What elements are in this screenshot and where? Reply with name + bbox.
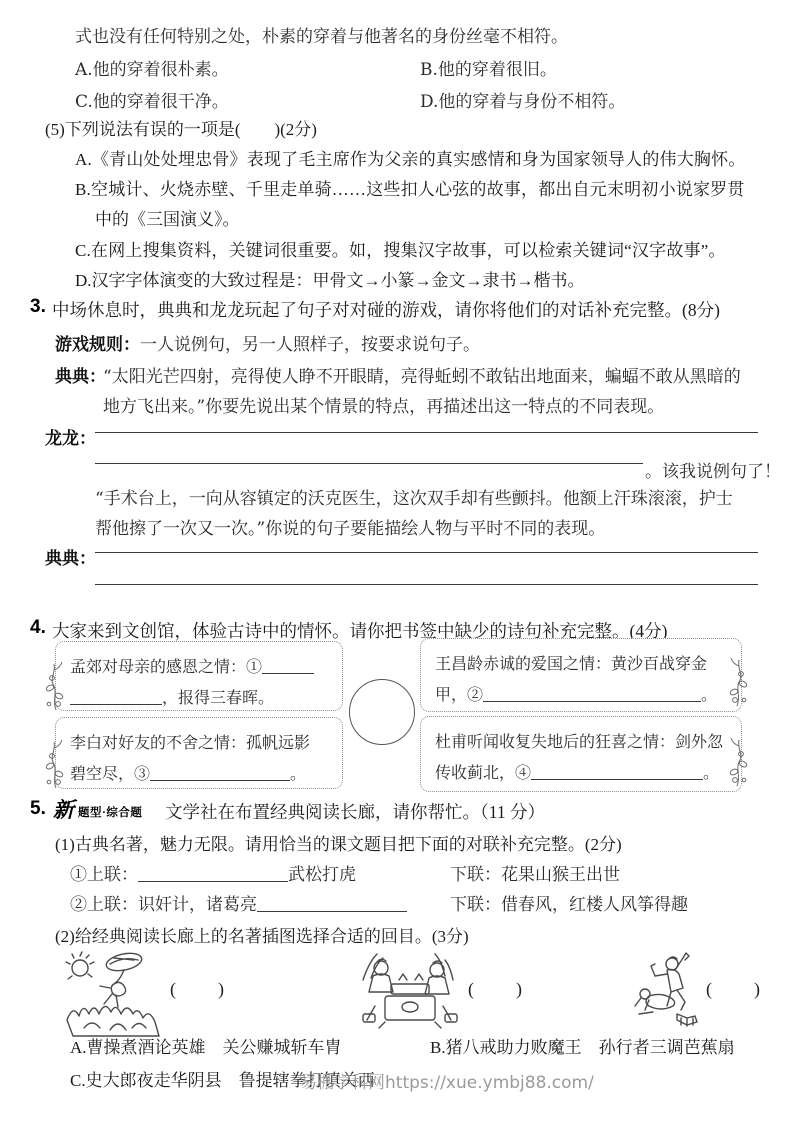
answer-slot-2[interactable]: ( ) [468,975,524,1001]
q4-card-mengjiao: 孟郊对母亲的感恩之情：① ，报得三春晖。 [55,641,343,711]
mc-option-b: B.他的穿着很旧。 [420,55,557,80]
answer-slot-3[interactable]: ( ) [706,975,762,1001]
q4-card-libai: 李白对好友的不舍之情：孤帆远影 碧空尽，③。 [55,717,343,789]
q4-number: 4. [30,617,46,639]
q5-stem: 文学社在布置经典阅读长廊，请你帮忙。（11 分） [165,799,545,824]
q5-sub1-stem: (1)古典名著，魅力无限。请用恰当的课文题目把下面的对联补充完整。(2分) [55,830,622,855]
sub5-option-b-line2: 中的《三国演义》。 [95,205,240,230]
q4-blank-1b[interactable] [70,689,162,705]
q5-couplet1-second-line: 下联：花果山猴王出世 [450,860,620,885]
q4-card-wangchangling: 王昌龄赤诚的爱国之情：黄沙百战穿金 甲，②。 [420,638,742,712]
q3-number: 3. [30,296,46,318]
answer-slot-1[interactable]: ( ) [170,975,226,1001]
q3-rule-text: 一人说例句，另一人照样子，按要求说句子。 [140,335,480,355]
q5-number: 5. [30,798,46,820]
q3-quote2-line1: “手术台上，一向从容镇定的沃克医生，这次双手却有些颤抖。他额上汗珠滚滚，护士 [95,484,733,509]
q5-couplet1-title: 武松打虎 [288,865,356,885]
q3-diandian2-label: 典典： [45,544,96,569]
illustration-wine-talk-icon [355,950,465,1032]
sub5-stem: (5)下列说法有误的一项是( )(2分) [45,115,317,140]
sub5-option-c: C.在网上搜集资料，关键词很重要。如，搜集汉字故事，可以检索关键词“汉字故事”。 [75,236,726,261]
q3-answer-blank-2[interactable] [95,463,643,464]
q4-blank-2[interactable] [483,686,701,702]
q5-type-tag: 题型·综合题 [78,804,142,820]
q3-quote2-line2: 帮他擦了一次又一次。”你说的句子要能描绘人物与平时不同的表现。 [95,514,605,539]
illustration-fist-fight-icon [625,948,710,1036]
q5-couplet1-prefix: ①上联： [70,865,138,885]
q3-stem: 中场休息时，典典和龙龙玩起了句子对对碰的游戏，请你将他们的对话补充完整。(8分) [52,297,720,322]
site-watermark: 易棚学科网https://xue.ymbj88.com/ [300,1068,594,1093]
q3-answer-blank-4[interactable] [95,584,758,585]
q3-answer-blank-1[interactable] [95,432,758,433]
mc-option-c: C.他的穿着很干净。 [75,87,229,112]
q4-card-dufu: 杜甫听闻收复失地后的狂喜之情：剑外忽 传收蓟北，④。 [420,716,742,792]
q5-couplet1-blank[interactable] [138,866,288,882]
mc-option-d: D.他的穿着与身份不相符。 [420,87,625,112]
q3-diandian-label: 典典： [55,362,106,387]
q5-new-badge: 新 [53,794,74,824]
q3-answer-blank-3[interactable] [95,552,758,553]
q5-couplet2-prefix: ②上联：识奸计，诸葛亮 [70,895,257,915]
q3-diandian-quote-line2: 地方飞出来。”你要先说出某个情景的特点，再描述出这一特点的不同表现。 [103,392,664,417]
vine-ornament-icon [727,656,749,708]
q3-rule-label: 游戏规则： [55,335,140,354]
q5-couplet2-second-line: 下联：借春风，红楼人风筝得趣 [450,890,688,915]
vine-ornament-icon [44,738,66,790]
sub5-option-d: D.汉字字体演变的大致过程是：甲骨文→小篆→金文→隶书→楷书。 [75,266,585,291]
vine-ornament-icon [44,660,66,712]
q4-circle-decoration [349,679,415,745]
q3-diandian-quote-line1: “太阳光芒四射，亮得使人睁不开眼睛，亮得蚯蚓不敢钻出地面来，蝙蝠不敢从黑暗的 [103,362,741,387]
test-paper-page: 式也没有任何特别之处，朴素的穿着与他著名的身份丝毫不相符。 A.他的穿着很朴素。… [0,0,793,1122]
q5-sub2-stem: (2)给经典阅读长廊上的名著插图选择合适的回目。(3分) [55,922,469,947]
vine-ornament-icon [727,736,749,788]
sub5-option-b-line1: B.空城计、火烧赤壁、千里走单骑……这些扣人心弦的故事，都出自元末明初小说家罗贯 [75,175,745,200]
q5-answer-b: B.猪八戒助力败魔王 孙行者三调芭蕉扇 [430,1033,735,1058]
q3-longlong-label: 龙龙： [45,424,96,449]
q5-couplet2-blank[interactable] [257,896,407,912]
sub5-option-a: A.《青山处处埋忠骨》表现了毛主席作为父亲的真实感情和身为国家领导人的伟大胸怀。 [75,145,746,170]
passage-tail-line: 式也没有任何特别之处，朴素的穿着与他著名的身份丝毫不相符。 [75,22,568,47]
mc-option-a: A.他的穿着很朴素。 [75,55,229,80]
q4-blank-4[interactable] [531,764,703,780]
q4-blank-1a[interactable] [262,658,314,674]
q5-answer-a: A.曹操煮酒论英雄 关公赚城斩车胄 [70,1033,342,1058]
illustration-banana-fan-icon [62,950,167,1040]
q3-after-blank-text: 。该我说例句了！ [645,457,781,482]
q4-blank-3[interactable] [150,765,290,781]
